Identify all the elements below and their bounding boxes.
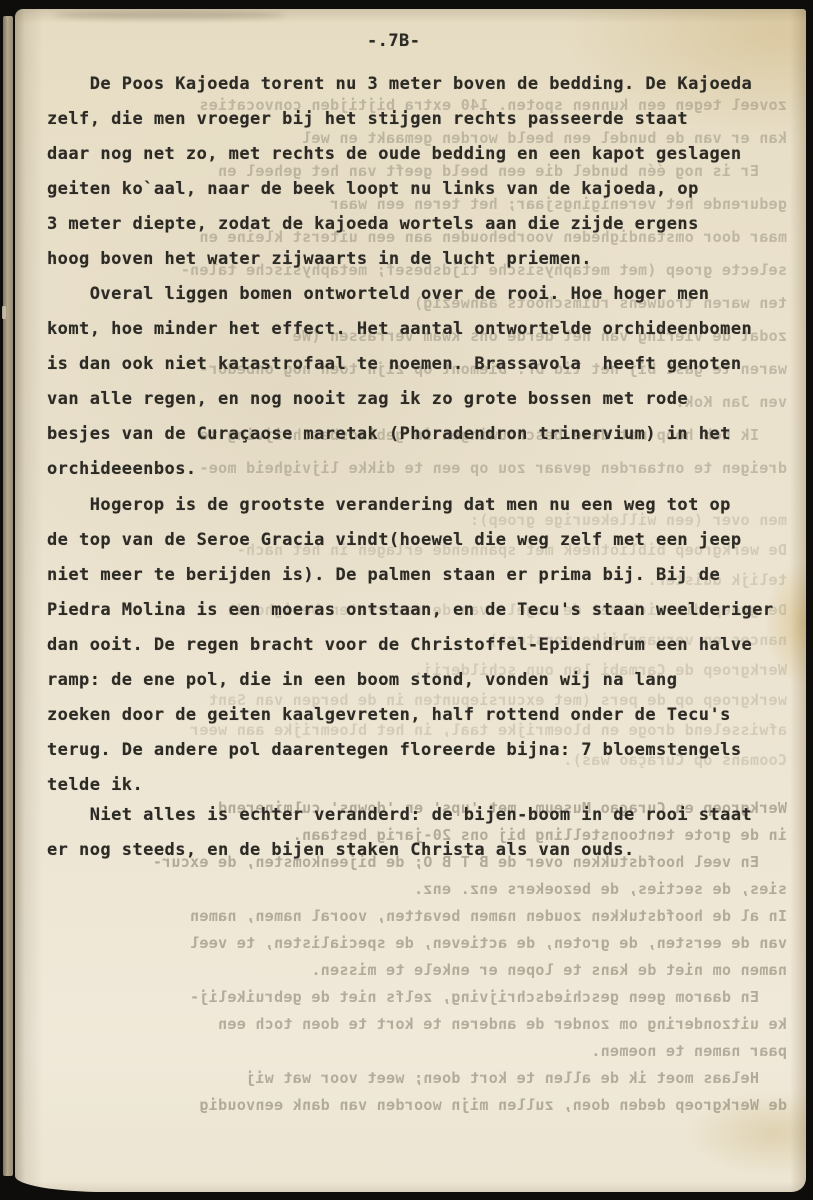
paragraph-3: Hogerop is de grootste verandering dat m… [47, 488, 789, 803]
paragraph-2: Overal liggen bomen ontworteld over de r… [47, 277, 789, 487]
document-page: zoveel tegen een kunnen spoten. 140 extr… [15, 9, 806, 1192]
book-page-stack-edge [3, 16, 13, 1176]
smudge [55, 11, 285, 19]
paragraph-4: Niet alles is echter veranderd: de bijen… [47, 798, 789, 868]
paragraph-1: De Poos Kajoeda torent nu 3 meter boven … [47, 67, 789, 277]
scanned-document-photo: zoveel tegen een kunnen spoten. 140 extr… [0, 0, 813, 1200]
margin-mark [2, 306, 6, 319]
page-number: -.7B- [367, 31, 420, 51]
